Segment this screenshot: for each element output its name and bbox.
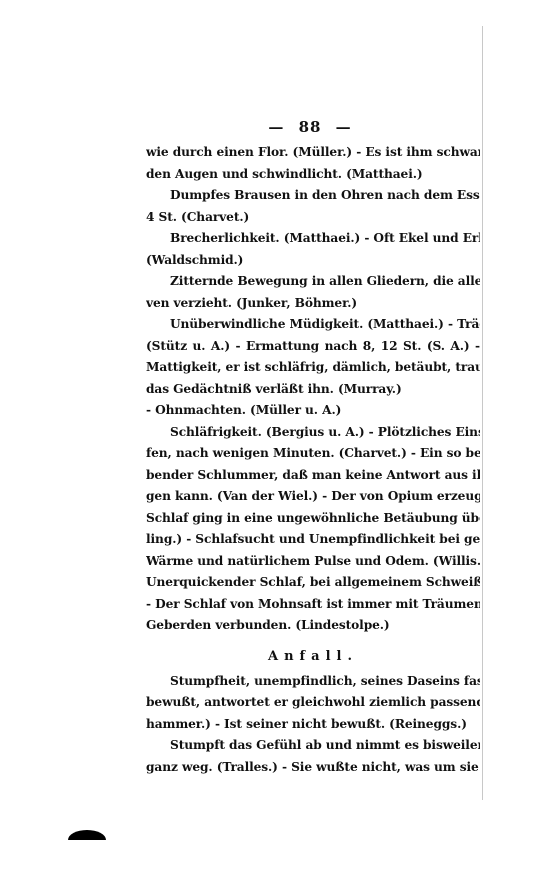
header-dash-right: —: [336, 118, 352, 136]
text-line: Mattigkeit, er ist schläfrig, dämlich, b…: [146, 357, 480, 379]
text-line: bewußt, antwortet er gleichwohl ziemlich…: [146, 692, 480, 714]
text-line: 4 St. (Charvet.): [146, 207, 480, 229]
text-line: (Stütz u. A.) - Ermattung nach 8, 12 St.…: [146, 336, 480, 358]
text-line: ling.) - Schlafsucht und Unempfindlichke…: [146, 529, 480, 551]
header-dash-left: —: [268, 118, 284, 136]
text-line: - Ohnmachten. (Müller u. A.): [146, 400, 480, 422]
text-line: das Gedächtniß verläßt ihn. (Murray.): [146, 379, 480, 401]
text-line: Schläfrigkeit. (Bergius u. A.) - Plötzli…: [146, 422, 480, 444]
text-line: Stumpfheit, unempfindlich, seines Dasein…: [146, 671, 480, 693]
text-line: Geberden verbunden. (Lindestolpe.): [146, 615, 480, 637]
text-line: Zitternde Bewegung in allen Gliedern, di…: [146, 271, 480, 293]
text-line: ven verzieht. (Junker, Böhmer.): [146, 293, 480, 315]
text-line: fen, nach wenigen Minuten. (Charvet.) - …: [146, 443, 480, 465]
text-line: den Augen und schwindlicht. (Matthaei.): [146, 164, 480, 186]
text-line: (Waldschmid.): [146, 250, 480, 272]
text-line: Unerquickender Schlaf, bei allgemeinem S…: [146, 572, 480, 594]
page-body: wie durch einen Flor. (Müller.) - Es ist…: [146, 142, 480, 778]
text-line: ganz weg. (Tralles.) - Sie wußte nicht, …: [146, 757, 480, 779]
page-edge-line: [482, 26, 483, 800]
section-title: Anfall.: [146, 637, 480, 671]
text-line: Brecherlichkeit. (Matthaei.) - Oft Ekel …: [146, 228, 480, 250]
text-line: Dumpfes Brausen in den Ohren nach dem Es…: [146, 185, 480, 207]
text-line: wie durch einen Flor. (Müller.) - Es ist…: [146, 142, 480, 164]
text-line: Stumpft das Gefühl ab und nimmt es biswe…: [146, 735, 480, 757]
text-line: Schlaf ging in eine ungewöhnliche Betäub…: [146, 508, 480, 530]
page-number: 88: [299, 118, 322, 136]
text-line: bender Schlummer, daß man keine Antwort …: [146, 465, 480, 487]
text-line: Wärme und natürlichem Pulse und Odem. (W…: [146, 551, 480, 573]
text-line: gen kann. (Van der Wiel.) - Der von Opiu…: [146, 486, 480, 508]
page-header: — 88 —: [140, 118, 480, 136]
text-line: hammer.) - Ist seiner nicht bewußt. (Rei…: [146, 714, 480, 736]
book-page: — 88 — wie durch einen Flor. (Müller.) -…: [0, 0, 538, 892]
ink-blot: [68, 830, 106, 840]
text-line: Unüberwindliche Müdigkeit. (Matthaei.) -…: [146, 314, 480, 336]
text-line: - Der Schlaf von Mohnsaft ist immer mit …: [146, 594, 480, 616]
